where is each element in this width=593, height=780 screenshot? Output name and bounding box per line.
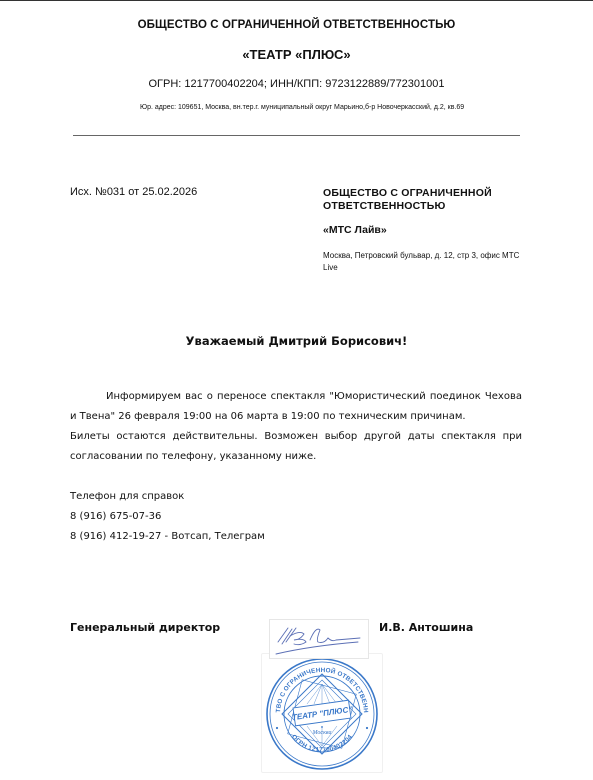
body-paragraph-2: Билеты остаются действительны. Возможен … bbox=[70, 427, 522, 467]
contact-phone-2: 8 (916) 412-19-27 - Вотсап, Телеграм bbox=[70, 527, 265, 547]
signature-image bbox=[269, 619, 369, 659]
contacts-block: Телефон для справок 8 (916) 675-07-36 8 … bbox=[70, 487, 265, 547]
svg-text:Москва: Москва bbox=[312, 730, 332, 736]
recipient-address: Москва, Петровский бульвар, д. 12, стр 3… bbox=[323, 250, 523, 274]
header-divider bbox=[73, 135, 520, 136]
greeting: Уважаемый Дмитрий Борисович! bbox=[0, 334, 593, 348]
signatory-title: Генеральный директор bbox=[70, 621, 220, 634]
letterhead-company-type: ОБЩЕСТВО С ОГРАНИЧЕННОЙ ОТВЕТСТВЕННОСТЬЮ bbox=[0, 19, 593, 31]
contact-phone-1: 8 (916) 675-07-36 bbox=[70, 507, 265, 527]
body-paragraph-1: Информируем вас о переносе спектакля "Юм… bbox=[70, 387, 522, 427]
letterhead-company-name: «ТЕАТР «ПЛЮС» bbox=[0, 47, 593, 62]
recipient-block: ОБЩЕСТВО С ОГРАНИЧЕННОЙ ОТВЕТСТВЕННОСТЬЮ… bbox=[323, 187, 523, 274]
contacts-label: Телефон для справок bbox=[70, 487, 265, 507]
outgoing-number-date: Исх. №031 от 25.02.2026 bbox=[70, 186, 197, 198]
letterhead-legal-address: Юр. адрес: 109651, Москва, вн.тер.г. мун… bbox=[140, 104, 464, 111]
company-stamp: ОБЩЕСТВО С ОГРАНИЧЕННОЙ ОТВЕТСТВЕННОСТЬЮ… bbox=[261, 653, 383, 773]
stamp-seal-icon: ОБЩЕСТВО С ОГРАНИЧЕННОЙ ОТВЕТСТВЕННОСТЬЮ… bbox=[262, 654, 382, 772]
signatory-name: И.В. Антошина bbox=[379, 621, 473, 634]
handwritten-signature-icon bbox=[270, 620, 368, 658]
letterhead-registration: ОГРН: 1217700402204; ИНН/КПП: 9723122889… bbox=[0, 78, 593, 90]
recipient-company-type: ОБЩЕСТВО С ОГРАНИЧЕННОЙ ОТВЕТСТВЕННОСТЬЮ bbox=[323, 187, 523, 213]
recipient-company-name: «МТС Лайв» bbox=[323, 224, 523, 236]
